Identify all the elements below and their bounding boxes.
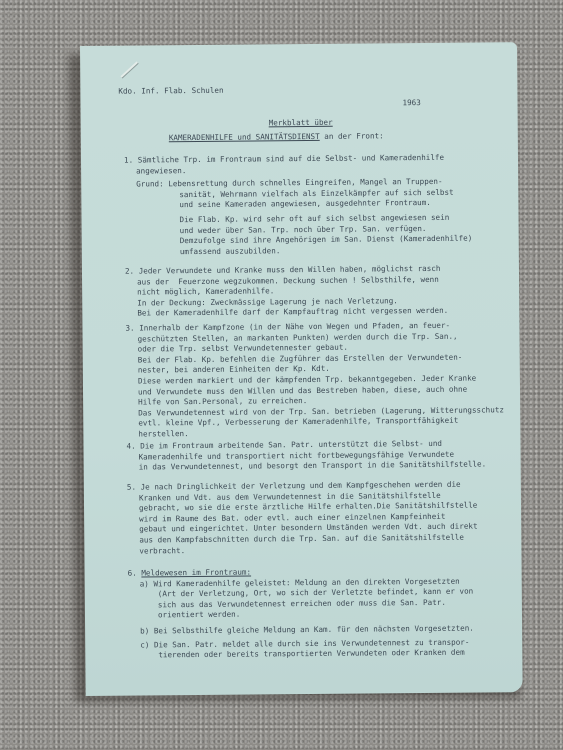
document-title-line2: KAMERADENHILFE und SANITÄTSDIENST an der…: [169, 131, 384, 143]
document-title-line1: Merkblatt über: [269, 118, 333, 129]
section-3: 3. Innerhalb der Kampfzone (in der Nähe …: [125, 320, 516, 440]
document-year: 1963: [402, 98, 420, 109]
item-b: b) Bei Selbsthilfe gleiche Meldung an Ka…: [128, 623, 518, 637]
section-line: Bei der Kameradenhilfe darf der Kampfauf…: [125, 306, 515, 320]
title-underlined: KAMERADENHILFE und SANITÄTSDIENST: [169, 132, 320, 142]
section-4: 4. Die im Frontraum arbeitende San. Patr…: [126, 438, 516, 473]
section-5: 5. Je nach Dringlichkeit der Verletzung …: [127, 479, 518, 557]
typewritten-document: Kdo. Inf. Flab. Schulen 1963 Merkblatt ü…: [80, 42, 523, 696]
section-2: 2. Jeder Verwundete und Kranke muss den …: [125, 263, 515, 319]
item-line: orientiert werden.: [128, 608, 518, 622]
staple-mark: [120, 61, 138, 77]
title-rest: an der Front:: [320, 131, 384, 141]
section-1: 1. Sämtliche Trp. im Frontraum sind auf …: [124, 152, 515, 258]
section-line: in das Verwundetennest, und besorgt den …: [127, 459, 517, 473]
grund-line: und seine Kameraden angewiesen, ausgedeh…: [124, 198, 514, 212]
letterhead: Kdo. Inf. Flab. Schulen: [118, 86, 223, 98]
item-line: tierenden oder bereits transportierten V…: [128, 647, 518, 661]
section-6: 6. Meldewesen im Frontraum: a) Wird Kame…: [128, 565, 519, 661]
